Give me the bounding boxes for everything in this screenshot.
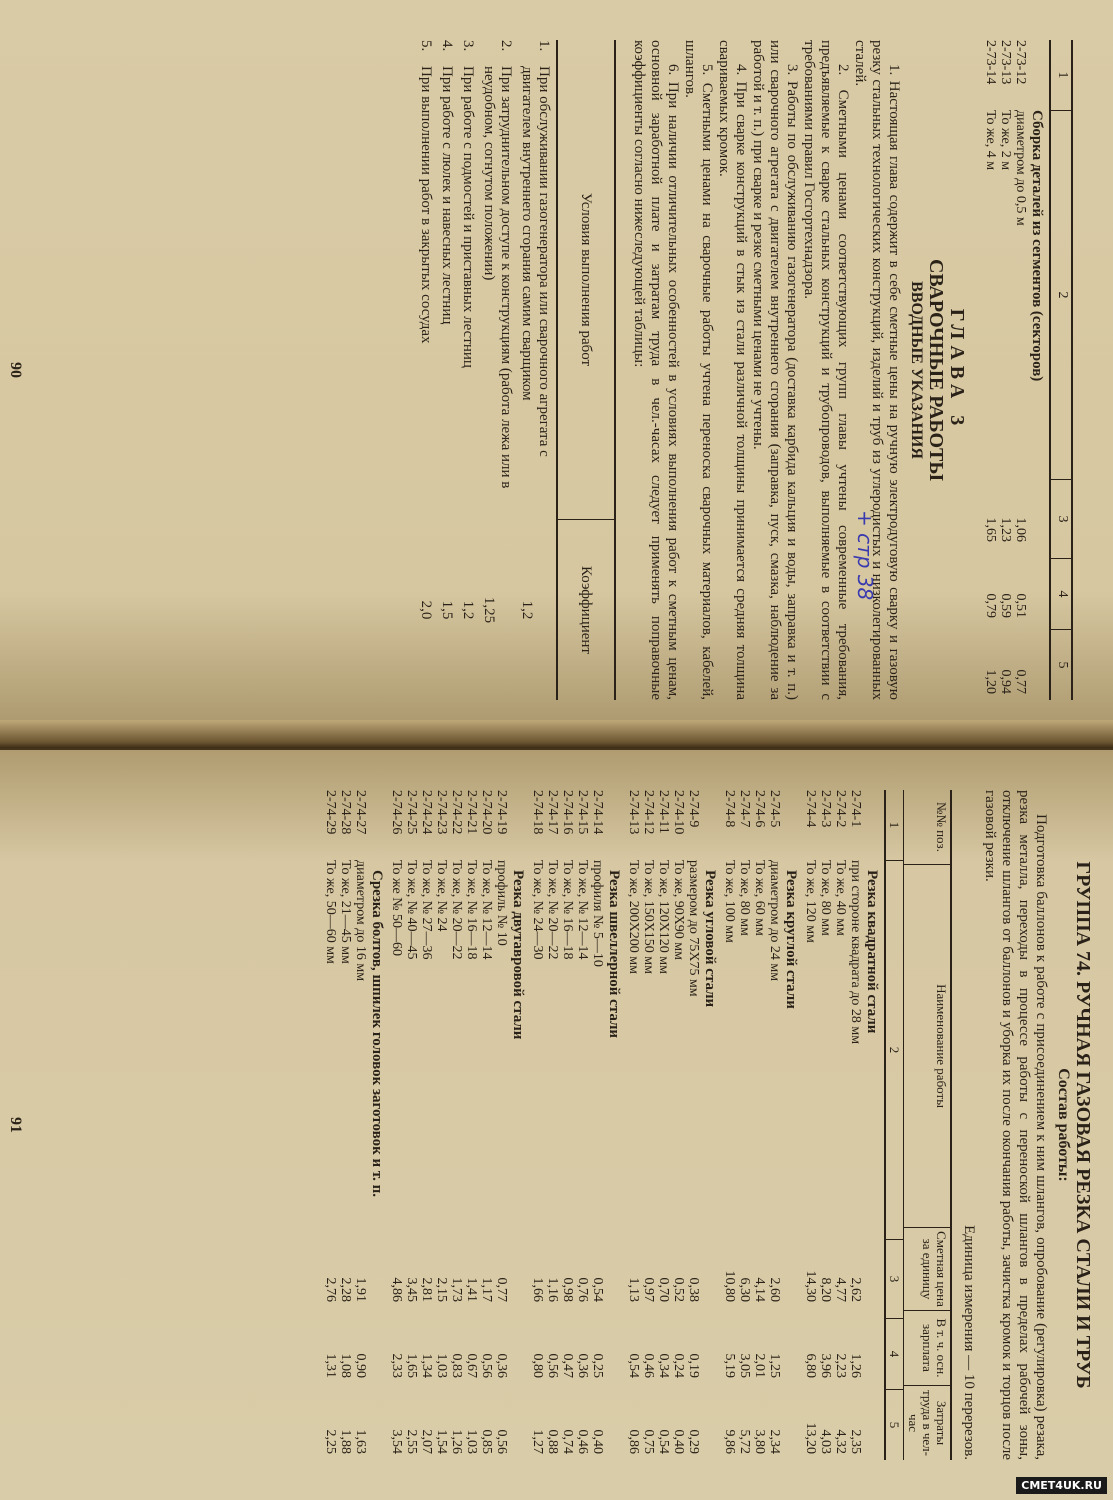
table-row: 2-74-27диаметром до 16 мм1,910,901,63 — [353, 790, 368, 1460]
cell-price: 4,86 — [389, 1224, 404, 1308]
watermark: CMET4UK.RU — [1016, 1477, 1107, 1494]
cell-code: 2-74-25 — [404, 790, 419, 860]
cell-name: профиля № 5—10 — [590, 860, 605, 1224]
cell-labor: 2,55 — [404, 1384, 419, 1460]
table-row: 2-74-12То же, 150Х150 мм0,970,460,75 — [641, 790, 656, 1460]
cell-wage: 1,31 — [323, 1308, 338, 1384]
cell-code: 2-74-14 — [590, 790, 605, 860]
cell-price: 2,60 — [767, 1224, 782, 1308]
cell-labor: 0,40 — [590, 1384, 605, 1460]
chapter-label: ГЛАВА 3 — [948, 40, 965, 700]
cell-price: 0,70 — [656, 1224, 671, 1308]
table-row: 2-74-4То же, 120 мм14,306,8013,20 — [803, 790, 818, 1460]
page-number: 90 — [6, 0, 24, 740]
cell-wage: 0,24 — [671, 1308, 686, 1384]
table-row: 2-74-23То же, № 242,151,031,54 — [434, 790, 449, 1460]
cell-name: То же, № 16—18 — [464, 860, 479, 1224]
table-row: 2-74-18То же, № 24—301,660,801,27 — [530, 790, 545, 1460]
cell-price: 10,80 — [722, 1224, 737, 1308]
cell-price: 1,73 — [449, 1224, 464, 1308]
cell-wage: 5,19 — [722, 1308, 737, 1384]
condition-row: 1. При обслуживании газогенератора или с… — [518, 40, 552, 700]
col-1-label: 1 — [1051, 40, 1071, 111]
cell-name: диаметром до 24 мм — [767, 860, 782, 1224]
cell-labor: 2,34 — [767, 1384, 782, 1460]
cell-name: диаметром до 16 мм — [353, 860, 368, 1224]
table-row: 2-74-1при стороне квадрата до 28 мм2,621… — [848, 790, 863, 1460]
cell-labor: 3,80 — [752, 1384, 767, 1460]
group-title: ГРУППА 74. РУЧНАЯ ГАЗОВАЯ РЕЗКА СТАЛИ И … — [1074, 790, 1091, 1460]
cell-labor: 0,54 — [656, 1384, 671, 1460]
condition-row: 2. При затруднительном доступе к констру… — [480, 40, 514, 700]
cell-wage: 3,05 — [737, 1308, 752, 1384]
cell-code: 2-74-21 — [464, 790, 479, 860]
section-heading: Срезка болтов, шпилек головок заготовок … — [368, 790, 385, 1460]
cell-labor: 0,88 — [545, 1384, 560, 1460]
cell-code: 2-74-27 — [353, 790, 368, 860]
cell-labor: 0,56 — [494, 1384, 509, 1460]
cell-name: То же, № 16—18 — [560, 860, 575, 1224]
section-heading: Резка двутавровой стали — [509, 790, 526, 1460]
table-row: 2-74-11То же, 120Х120 мм0,700,340,54 — [656, 790, 671, 1460]
col-5-label: 5 — [1051, 630, 1071, 700]
cell-code: 2-74-13 — [626, 790, 641, 860]
condition-row: 5. При выполнении работ в закрытых сосуд… — [417, 40, 434, 700]
page-91: ГРУППА 74. РУЧНАЯ ГАЗОВАЯ РЕЗКА СТАЛИ И … — [0, 750, 1113, 1500]
table-row: 2-73-14 То же, 4 м 1,65 0,79 1,20 — [983, 40, 998, 700]
cell-wage: 0,19 — [686, 1308, 701, 1384]
cell-code: 2-74-16 — [560, 790, 575, 860]
cell-name: То же, 60 мм — [752, 860, 767, 1224]
cell-name: То же, 80 мм — [737, 860, 752, 1224]
cell-wage: 1,03 — [434, 1308, 449, 1384]
cell-name: То же, 200Х200 мм — [626, 860, 641, 1224]
cell-labor: 9,86 — [722, 1384, 737, 1460]
cell-labor: 1,26 — [449, 1384, 464, 1460]
cell-price: 1,41 — [464, 1224, 479, 1308]
table-row: 2-74-5диаметром до 24 мм2,601,252,34 — [767, 790, 782, 1460]
cell-price: 4,77 — [833, 1224, 848, 1308]
table-row: 2-74-8То же, 100 мм10,805,199,86 — [722, 790, 737, 1460]
cell-name: То же, № 24—30 — [530, 860, 545, 1224]
cell-wage: 0,54 — [626, 1308, 641, 1384]
section-title: ВВОДНЫЕ УКАЗАНИЯ — [908, 40, 925, 700]
table-row: 2-74-28То же, 21—45 мм2,281,081,88 — [338, 790, 353, 1460]
cell-code: 2-74-1 — [848, 790, 863, 860]
cell-labor: 0,86 — [626, 1384, 641, 1460]
cell-wage: 1,25 — [767, 1308, 782, 1384]
cell-code: 2-74-11 — [656, 790, 671, 860]
cell-code: 2-74-22 — [449, 790, 464, 860]
cell-price: 0,38 — [686, 1224, 701, 1308]
handwritten-note: + стр 38 — [856, 510, 873, 600]
cell-code: 2-74-18 — [530, 790, 545, 860]
cell-name: То же, № 20—22 — [545, 860, 560, 1224]
cell-price: 0,98 — [560, 1224, 575, 1308]
cell-labor: 5,72 — [737, 1384, 752, 1460]
cell-wage: 0,36 — [494, 1308, 509, 1384]
cell-name: То же, № 40—45 — [404, 860, 419, 1224]
col-3-label: 3 — [1051, 480, 1071, 559]
cell-price: 0,76 — [575, 1224, 590, 1308]
cell-code: 2-74-12 — [641, 790, 656, 860]
composition-title: Состав работы: — [1055, 790, 1072, 1460]
cell-code: 2-74-10 — [671, 790, 686, 860]
table-row: 2-74-19профиль № 100,770,360,56 — [494, 790, 509, 1460]
cell-labor: 2,35 — [848, 1384, 863, 1460]
table-row: 2-74-3То же, 80 мм8,203,964,03 — [818, 790, 833, 1460]
cell-name: То же, 21—45 мм — [338, 860, 353, 1224]
cell-price: 2,28 — [338, 1224, 353, 1308]
cell-wage: 6,80 — [803, 1308, 818, 1384]
table-row: 2-74-10То же, 90Х90 мм0,520,240,40 — [671, 790, 686, 1460]
cell-price: 2,81 — [419, 1224, 434, 1308]
intro-paragraph-3: 3. Работы по обслуживанию газогенератора… — [749, 40, 800, 700]
cell-price: 0,52 — [671, 1224, 686, 1308]
intro-paragraph-1: 1. Настоящая глава содержит в себе сметн… — [851, 40, 902, 700]
cell-labor: 3,54 — [389, 1384, 404, 1460]
cell-code: 2-74-26 — [389, 790, 404, 860]
cell-wage: 0,34 — [656, 1308, 671, 1384]
cell-price: 4,14 — [752, 1224, 767, 1308]
book-spread: 1 2 3 4 5 Сборка деталей из сегментов (с… — [0, 0, 1113, 1500]
cell-wage: 0,56 — [545, 1308, 560, 1384]
table-row: 2-74-22То же, № 20—221,730,831,26 — [449, 790, 464, 1460]
cell-name: профиль № 10 — [494, 860, 509, 1224]
cell-code: 2-74-24 — [419, 790, 434, 860]
cell-wage: 0,47 — [560, 1308, 575, 1384]
table-row: 2-74-14профиля № 5—100,540,250,40 — [590, 790, 605, 1460]
cell-name: То же, 90Х90 мм — [671, 860, 686, 1224]
cell-code: 2-74-20 — [479, 790, 494, 860]
col-4-label: 4 — [1051, 559, 1071, 630]
header-name: Наименование работы — [904, 865, 950, 1228]
cell-price: 1,91 — [353, 1224, 368, 1308]
cell-wage: 1,08 — [338, 1308, 353, 1384]
cell-code: 2-74-19 — [494, 790, 509, 860]
cell-labor: 4,32 — [833, 1384, 848, 1460]
cell-name: То же, 40 мм — [833, 860, 848, 1224]
conditions-table: Условия выполнения работ Коэффициент 1. … — [417, 40, 616, 700]
table-row: 2-74-9размером до 75Х75 мм0,380,190,29 — [686, 790, 701, 1460]
cell-code: 2-74-2 — [833, 790, 848, 860]
table-row: 2-74-17То же, № 20—221,160,560,88 — [545, 790, 560, 1460]
cell-price: 8,20 — [818, 1224, 833, 1308]
cell-labor: 1,88 — [338, 1384, 353, 1460]
cell-price: 0,77 — [494, 1224, 509, 1308]
cell-code: 2-74-9 — [686, 790, 701, 860]
cell-code: 2-74-15 — [575, 790, 590, 860]
cell-name: размером до 75Х75 мм — [686, 860, 701, 1224]
cell-wage: 2,23 — [833, 1308, 848, 1384]
cell-code: 2-74-28 — [338, 790, 353, 860]
rates-table: №№ поз. Наименование работы Сметная цена… — [323, 790, 952, 1460]
section-heading: Резка квадратной стали — [863, 790, 880, 1460]
cell-name: То же, № 24 — [434, 860, 449, 1224]
cell-labor: 1,54 — [434, 1384, 449, 1460]
table-row: 2-74-7То же, 80 мм6,303,055,72 — [737, 790, 752, 1460]
table-row: 2-74-26То же № 50—604,862,333,54 — [389, 790, 404, 1460]
intro-paragraph-5: 5. Сметными ценами на сварочные работы у… — [681, 40, 715, 700]
cell-wage: 3,96 — [818, 1308, 833, 1384]
cell-wage: 1,65 — [404, 1308, 419, 1384]
cell-wage: 0,25 — [590, 1308, 605, 1384]
cell-code: 2-74-5 — [767, 790, 782, 860]
cell-name: То же, 80 мм — [818, 860, 833, 1224]
cell-labor: 0,46 — [575, 1384, 590, 1460]
intro-paragraph-4: 4. При сварке конструкций в стык из стал… — [715, 40, 749, 700]
continued-table-header: 1 2 3 4 5 — [1049, 40, 1073, 700]
table-body: Резка квадратной стали2-74-1при стороне … — [323, 790, 880, 1460]
cell-price: 1,66 — [530, 1224, 545, 1308]
table-row: 2-74-20То же, № 12—141,170,560,85 — [479, 790, 494, 1460]
table-row: 2-74-29То же, 50—60 мм2,761,312,25 — [323, 790, 338, 1460]
cell-labor: 1,63 — [353, 1384, 368, 1460]
cell-wage: 2,01 — [752, 1308, 767, 1384]
cell-name: То же, № 12—14 — [575, 860, 590, 1224]
table-row: 2-74-16То же, № 16—180,980,470,74 — [560, 790, 575, 1460]
cell-name: То же, № 27—36 — [419, 860, 434, 1224]
intro-paragraph-2: 2. Сметными ценами соответствующих групп… — [800, 40, 851, 700]
cell-name: То же, 120 мм — [803, 860, 818, 1224]
cell-labor: 0,85 — [479, 1384, 494, 1460]
cell-code: 2-74-8 — [722, 790, 737, 860]
condition-row: 3. При работе с подмостей и приставных л… — [459, 40, 476, 700]
cell-wage: 0,90 — [353, 1308, 368, 1384]
col-2-label: 2 — [1051, 111, 1071, 480]
section-heading: Резка круглой стали — [782, 790, 799, 1460]
cell-labor: 4,03 — [818, 1384, 833, 1460]
cell-wage: 1,26 — [848, 1308, 863, 1384]
table-row: 2-74-2То же, 40 мм4,772,234,32 — [833, 790, 848, 1460]
table-row: 2-74-13То же, 200Х200 мм1,130,540,86 — [626, 790, 641, 1460]
chapter-title: СВАРОЧНЫЕ РАБОТЫ — [927, 40, 944, 700]
cell-labor: 1,27 — [530, 1384, 545, 1460]
continued-section-title: Сборка деталей из сегментов (секторов) — [1028, 110, 1045, 700]
table-row: 2-73-13 То же, 2 м 1,23 0,59 0,94 — [998, 40, 1013, 700]
table-row: 2-74-15То же, № 12—140,760,360,46 — [575, 790, 590, 1460]
cell-wage: 0,46 — [641, 1308, 656, 1384]
cell-price: 0,54 — [590, 1224, 605, 1308]
cell-price: 2,76 — [323, 1224, 338, 1308]
cell-wage: 0,83 — [449, 1308, 464, 1384]
table-row: 2-74-25То же, № 40—453,451,652,55 — [404, 790, 419, 1460]
cell-labor: 0,40 — [671, 1384, 686, 1460]
header-price: Сметная цена за единицу — [904, 1228, 950, 1311]
cell-name: То же, № 20—22 — [449, 860, 464, 1224]
cell-code: 2-74-7 — [737, 790, 752, 860]
table-row: 2-74-6То же, 60 мм4,142,013,80 — [752, 790, 767, 1460]
section-heading: Резка швеллерной стали — [605, 790, 622, 1460]
cell-price: 6,30 — [737, 1224, 752, 1308]
cell-price: 1,17 — [479, 1224, 494, 1308]
cell-name: То же, 100 мм — [722, 860, 737, 1224]
cell-wage: 0,56 — [479, 1308, 494, 1384]
conditions-header: Условия выполнения работ — [558, 40, 614, 520]
cell-code: 2-74-29 — [323, 790, 338, 860]
cell-labor: 0,29 — [686, 1384, 701, 1460]
cell-labor: 0,74 — [560, 1384, 575, 1460]
cell-code: 2-74-3 — [818, 790, 833, 860]
cell-price: 1,13 — [626, 1224, 641, 1308]
cell-wage: 0,80 — [530, 1308, 545, 1384]
cell-labor: 13,20 — [803, 1384, 818, 1460]
page-90: 1 2 3 4 5 Сборка деталей из сегментов (с… — [0, 0, 1113, 740]
table-row: 2-74-21То же, № 16—181,410,671,03 — [464, 790, 479, 1460]
cell-price: 2,62 — [848, 1224, 863, 1308]
table-row: 2-74-24То же, № 27—362,811,342,07 — [419, 790, 434, 1460]
condition-row: 4. При работе с люлек и навесных лестниц… — [438, 40, 455, 700]
cell-code: 2-74-23 — [434, 790, 449, 860]
cell-name: То же, № 12—14 — [479, 860, 494, 1224]
intro-paragraph-6: 6. При наличии отличительных особенносте… — [630, 40, 681, 700]
section-heading: Резка угловой стали — [701, 790, 718, 1460]
cell-code: 2-74-4 — [803, 790, 818, 860]
cell-price: 2,15 — [434, 1224, 449, 1308]
cell-name: при стороне квадрата до 28 мм — [848, 860, 863, 1224]
page-number: 91 — [6, 750, 24, 1500]
cell-labor: 2,25 — [323, 1384, 338, 1460]
cell-price: 3,45 — [404, 1224, 419, 1308]
cell-name: То же, 120Х120 мм — [656, 860, 671, 1224]
header-pos: №№ поз. — [904, 790, 950, 865]
header-labor: Затраты труда в чел-час — [904, 1386, 950, 1460]
cell-price: 14,30 — [803, 1224, 818, 1308]
coefficient-header: Коэффициент — [578, 520, 595, 700]
cell-wage: 0,67 — [464, 1308, 479, 1384]
cell-price: 0,97 — [641, 1224, 656, 1308]
cell-name: То же № 50—60 — [389, 860, 404, 1224]
cell-wage: 1,34 — [419, 1308, 434, 1384]
table-row: 2-73-12 диаметром до 0,5 м 1,06 0,51 0,7… — [1013, 40, 1028, 700]
cell-code: 2-74-17 — [545, 790, 560, 860]
cell-labor: 1,03 — [464, 1384, 479, 1460]
cell-labor: 0,75 — [641, 1384, 656, 1460]
cell-code: 2-74-6 — [752, 790, 767, 860]
header-wage: В т. ч. осн. зарплата — [904, 1311, 950, 1386]
cell-wage: 2,33 — [389, 1308, 404, 1384]
unit-text: Единица измерения — 10 перерезов. — [960, 790, 977, 1460]
cell-wage: 0,36 — [575, 1308, 590, 1384]
cell-name: То же, 150Х150 мм — [641, 860, 656, 1224]
cell-price: 1,16 — [545, 1224, 560, 1308]
composition-text: Подготовка баллонов к работе с присоедин… — [981, 790, 1049, 1460]
cell-labor: 2,07 — [419, 1384, 434, 1460]
cell-name: То же, 50—60 мм — [323, 860, 338, 1224]
